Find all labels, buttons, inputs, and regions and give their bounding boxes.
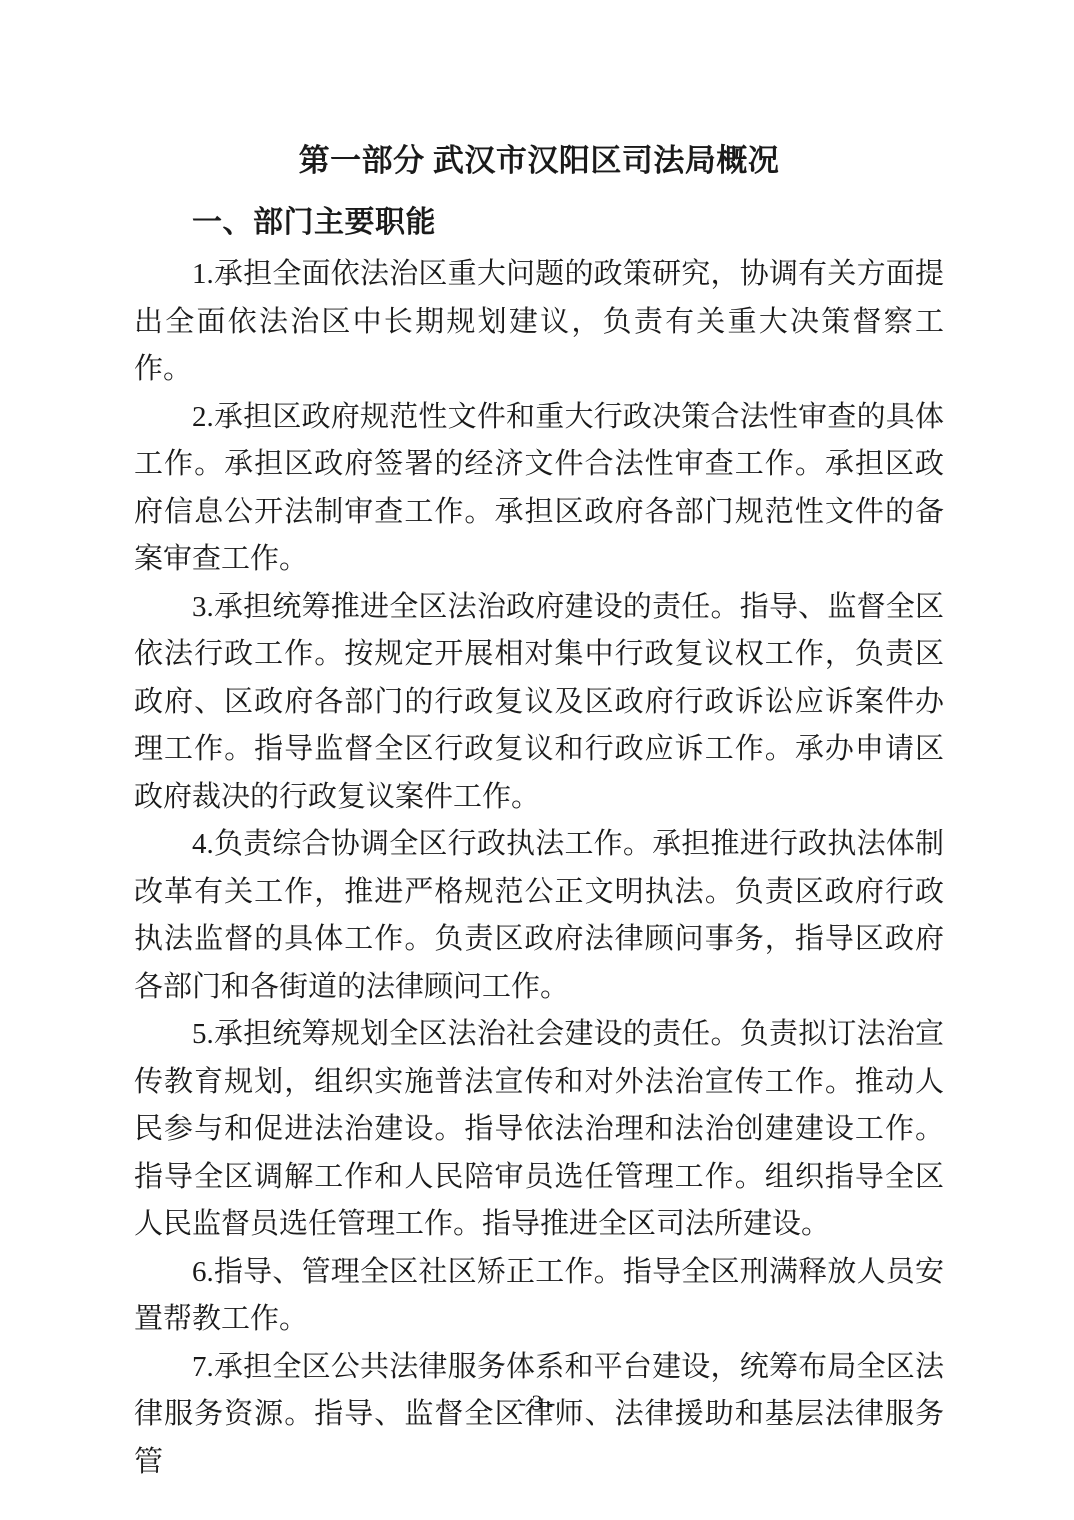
page-number: - 3 - bbox=[0, 1390, 1074, 1416]
body-paragraph-4: 4.负责综合协调全区行政执法工作。承担推进行政执法体制改革有关工作，推进严格规范… bbox=[134, 821, 944, 1011]
document-title: 第一部分 武汉市汉阳区司法局概况 bbox=[134, 138, 944, 184]
body-paragraph-1: 1.承担全面依法治区重大问题的政策研究，协调有关方面提出全面依法治区中长期规划建… bbox=[134, 251, 944, 394]
body-paragraph-5: 5.承担统筹规划全区法治社会建设的责任。负责拟订法治宣传教育规划，组织实施普法宣… bbox=[134, 1011, 944, 1249]
section-heading: 一、部门主要职能 bbox=[134, 200, 944, 246]
body-paragraph-6: 6.指导、管理全区社区矫正工作。指导全区刑满释放人员安置帮教工作。 bbox=[134, 1249, 944, 1344]
body-paragraph-3: 3.承担统筹推进全区法治政府建设的责任。指导、监督全区依法行政工作。按规定开展相… bbox=[134, 584, 944, 822]
document-content: 第一部分 武汉市汉阳区司法局概况 一、部门主要职能 1.承担全面依法治区重大问题… bbox=[0, 0, 1074, 1486]
document-page: 第一部分 武汉市汉阳区司法局概况 一、部门主要职能 1.承担全面依法治区重大问题… bbox=[0, 0, 1074, 1520]
body-paragraph-2: 2.承担区政府规范性文件和重大行政决策合法性审查的具体工作。承担区政府签署的经济… bbox=[134, 394, 944, 584]
